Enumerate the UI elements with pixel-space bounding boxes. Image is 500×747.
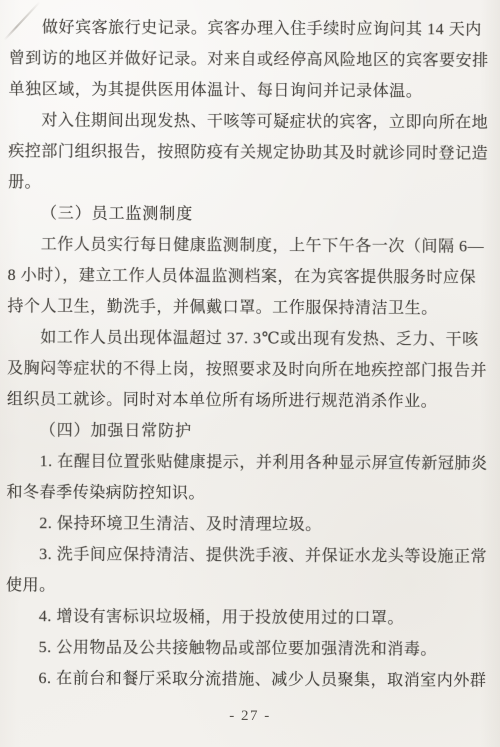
text-line: 和冬春季传染病防控知识。 [6, 477, 492, 511]
document-text-block: 做好宾客旅行史记录。宾客办理入住手续时应询问其 14 天内曾到访的地区并做好记录… [5, 12, 495, 697]
text-line: 工作人员实行每日健康监测制度，上午下午各一次（间隔 6— [8, 229, 494, 263]
text-line: 对入住期间出现发热、干咳等可疑症状的宾客，立即向所在地 [8, 105, 494, 139]
text-line: （四）加强日常防护 [7, 415, 493, 449]
scanned-document-page: 做好宾客旅行史记录。宾客办理入住手续时应询问其 14 天内曾到访的地区并做好记录… [0, 0, 500, 747]
text-line: （三）员工监测制度 [8, 198, 494, 232]
text-line: 单独区域，为其提供医用体温计、每日询问并记录体温。 [9, 74, 495, 108]
text-line: 册。 [8, 167, 494, 201]
text-line: 组织员工就诊。同时对本单位所有场所进行规范消杀作业。 [7, 384, 493, 418]
text-line: 使用。 [6, 570, 492, 604]
text-line: 做好宾客旅行史记录。宾客办理入住手续时应询问其 14 天内 [9, 12, 495, 46]
text-line: 及胸闷等症状的不得上岗，按照要求及时向所在地疾控部门报告并 [7, 353, 493, 387]
text-line: 曾到访的地区并做好记录。对来自或经停高风险地区的宾客要安排 [9, 43, 495, 77]
text-line: 3. 洗手间应保持清洁、提供洗手液、并保证水龙头等设施正常 [6, 539, 492, 573]
text-line: 如工作人员出现体温超过 37. 3℃或出现有发热、乏力、干咳 [7, 322, 493, 356]
text-line: 1. 在醒目位置张贴健康提示，并利用各种显示屏宣传新冠肺炎 [7, 446, 493, 480]
page-number: - 27 - [0, 708, 500, 725]
text-line: 4. 增设有害标识垃圾桶，用于投放使用过的口罩。 [6, 601, 492, 635]
text-line: 6. 在前台和餐厅采取分流措施、减少人员聚集，取消室内外群 [5, 663, 491, 697]
text-line: 8 小时），建立工作人员体温监测档案，在为宾客提供服务时应保 [8, 260, 494, 294]
text-line: 疾控部门组织报告，按照防疫有关规定协助其及时就诊同时登记造 [8, 136, 494, 170]
text-line: 持个人卫生，勤洗手，并佩戴口罩。工作服保持清洁卫生。 [7, 291, 493, 325]
text-line: 5. 公用物品及公共接触物品或部位要加强清洗和消毒。 [6, 632, 492, 666]
text-line: 2. 保持环境卫生清洁、及时清理垃圾。 [6, 508, 492, 542]
